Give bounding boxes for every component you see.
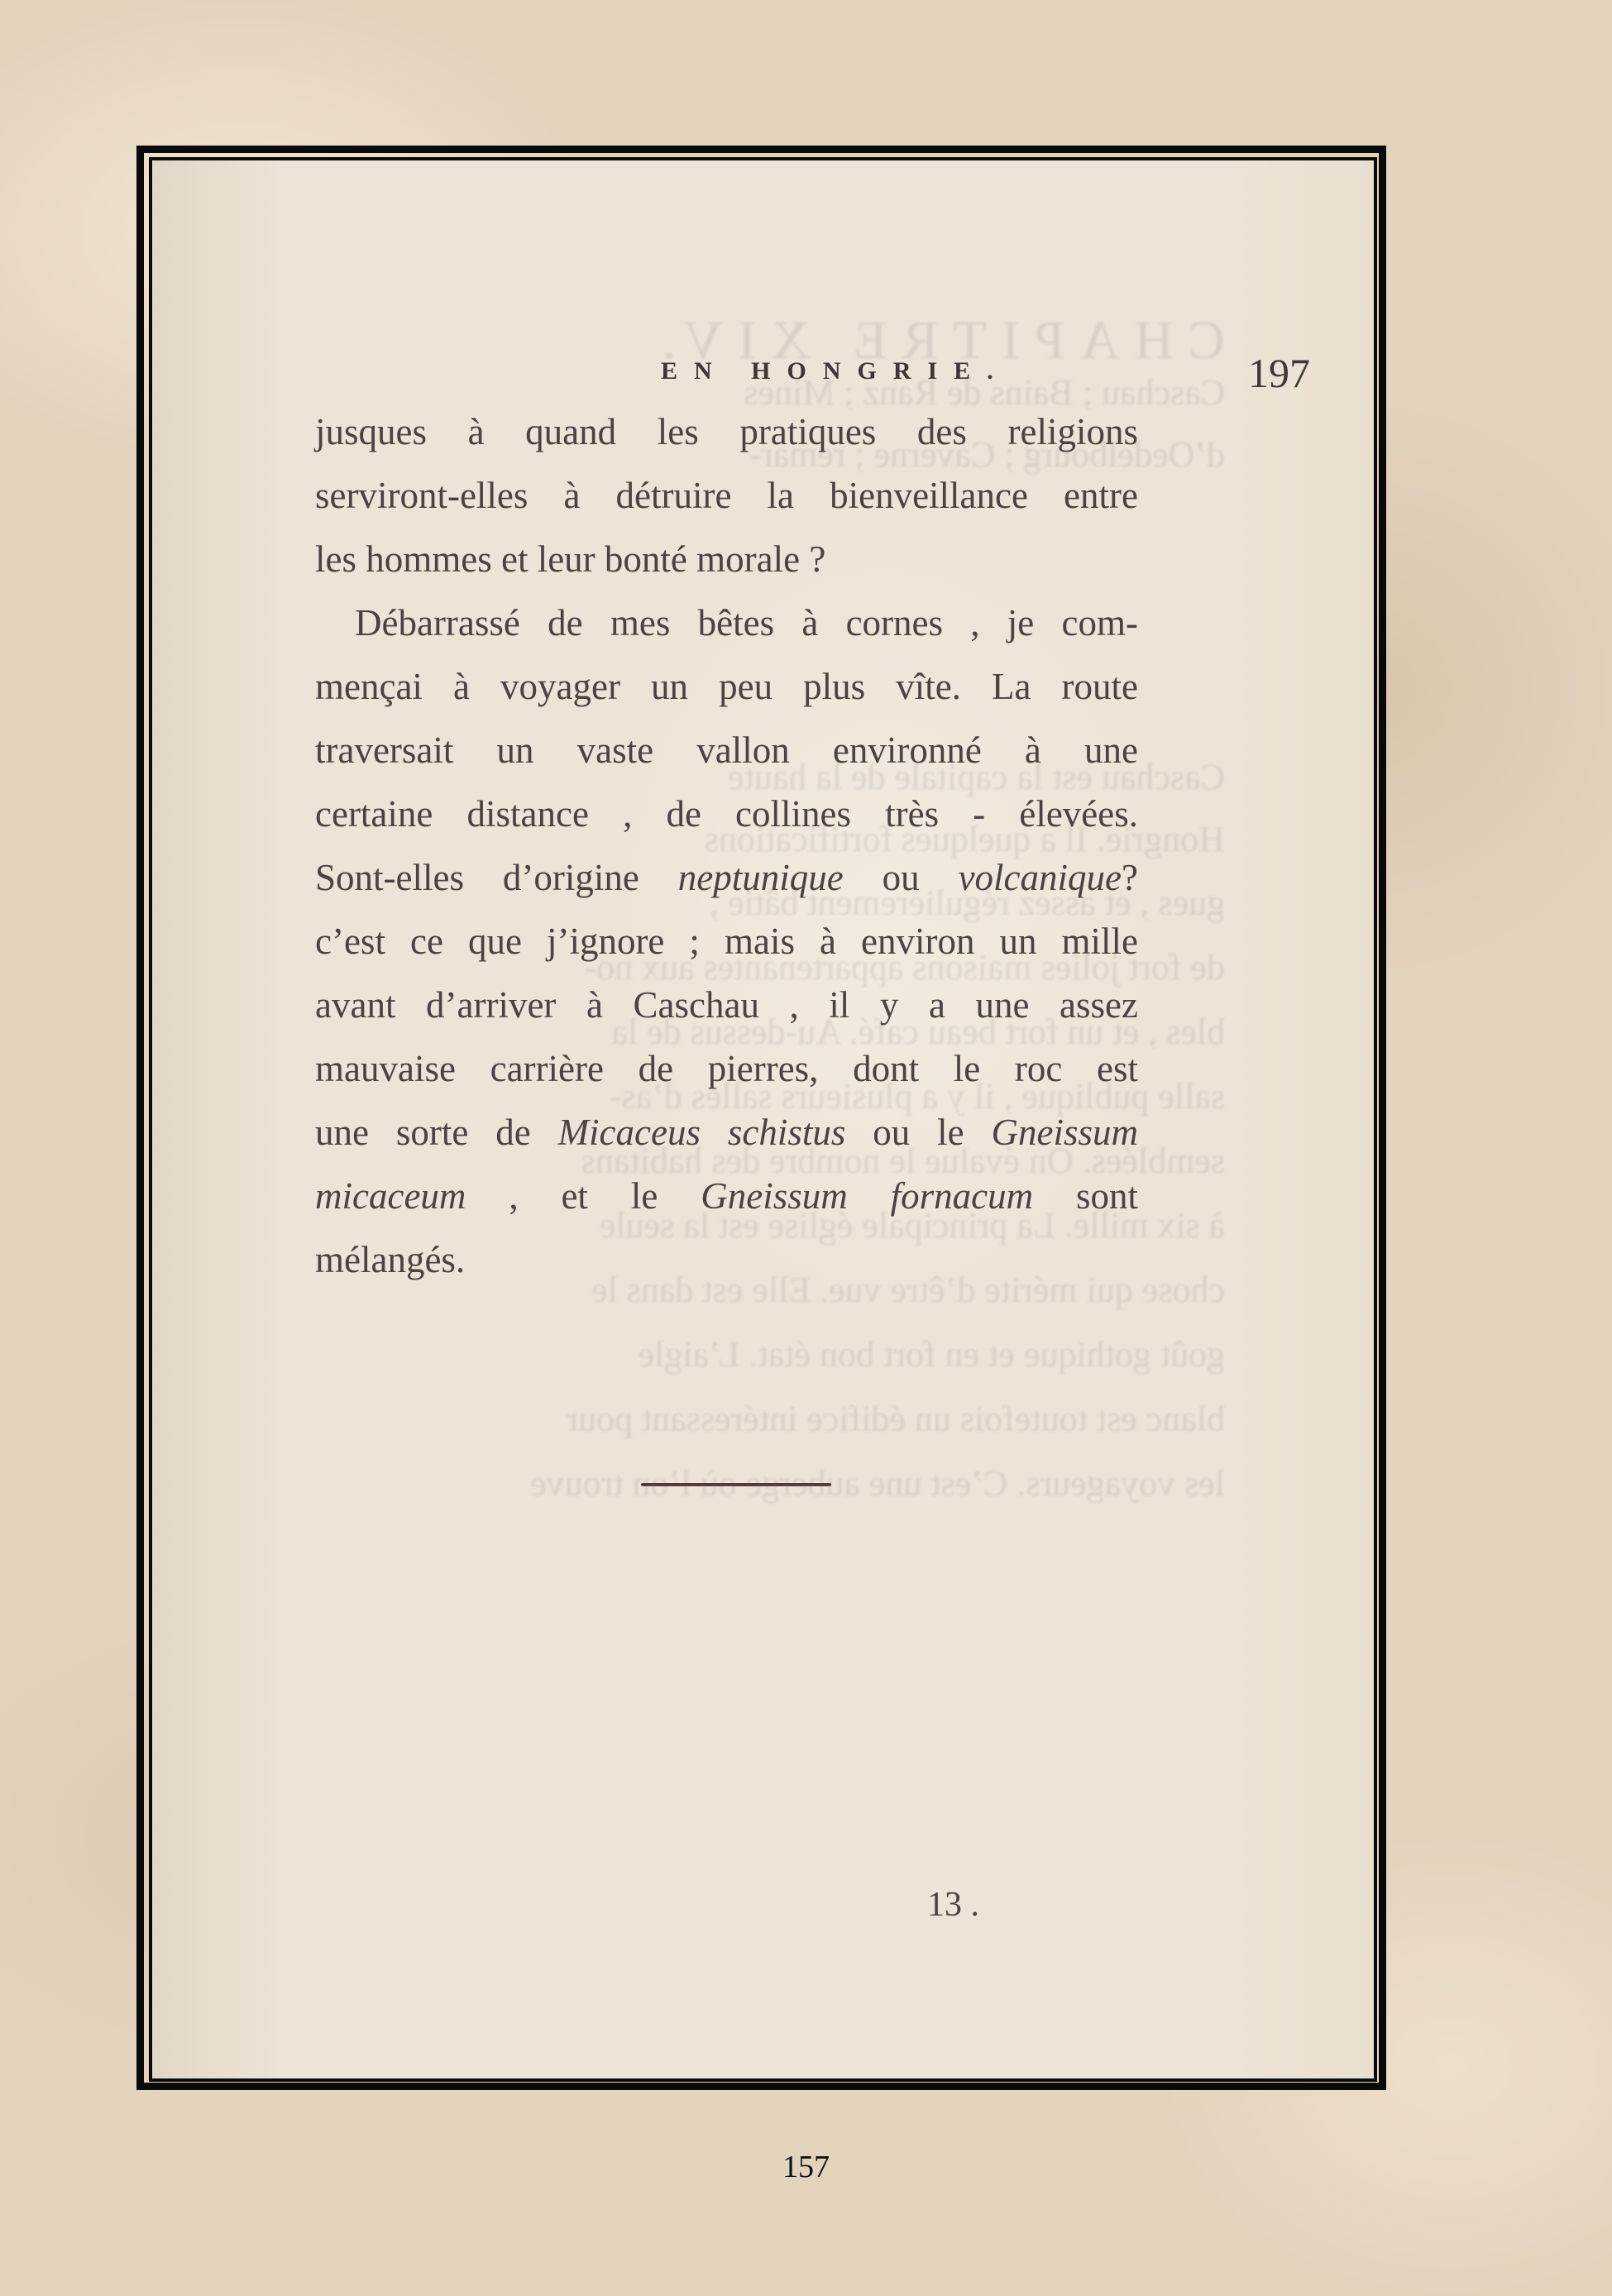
text-line: certaine distance , de collines très - é…	[315, 782, 1138, 846]
text-line-with-italics: micaceum , et le Gneissum fornacum sont	[315, 1165, 1138, 1228]
paragraph-2: Débarrassé de mes bêtes à cornes , je co…	[315, 591, 1138, 1292]
text-run: sont	[1033, 1175, 1138, 1217]
text-run: une sorte de	[315, 1112, 558, 1153]
running-head-title: EN HONGRIE.	[661, 357, 1010, 385]
section-end-rule	[641, 1483, 831, 1486]
book-page: EN HONGRIE. 197 jusques à quand les prat…	[152, 160, 1374, 2078]
italic-term: Micaceus schistus	[558, 1112, 846, 1153]
text-line: mauvaise carrière de pierres, dont le ro…	[315, 1037, 1138, 1101]
signature-mark: 13 .	[927, 1885, 979, 1925]
italic-term: neptunique	[678, 857, 844, 898]
text-run: ?	[1122, 857, 1138, 898]
text-line: traversait un vaste vallon environné à u…	[315, 719, 1138, 782]
text-line: jusques à quand les pratiques des religi…	[315, 400, 1138, 464]
text-run: ou	[844, 857, 959, 898]
text-line: les hommes et leur bonté morale ?	[315, 528, 1138, 591]
paragraph-1: jusques à quand les pratiques des religi…	[315, 400, 1138, 591]
italic-term: volcanique	[959, 857, 1122, 898]
italic-term: Gneissum fornacum	[701, 1175, 1033, 1217]
text-run: , et le	[466, 1175, 701, 1217]
text-line: mençai à voyager un peu plus vîte. La ro…	[315, 655, 1138, 719]
text-line: avant d’arriver à Caschau , il y a une a…	[315, 973, 1138, 1037]
body-text: jusques à quand les pratiques des religi…	[315, 400, 1138, 1292]
text-line-with-italics: une sorte de Micaceus schistus ou le Gne…	[315, 1101, 1138, 1165]
scanned-page: CHAPITRE XIV. Caschau ; Bains de Ranz ; …	[149, 157, 1377, 2082]
italic-term: Gneissum	[992, 1112, 1139, 1153]
running-head: EN HONGRIE. 197	[313, 352, 1141, 402]
text-line: Débarrassé de mes bêtes à cornes , je co…	[315, 591, 1138, 655]
page-number: 157	[0, 2149, 1612, 2185]
text-line-with-italics: Sont-elles d’origine neptunique ou volca…	[315, 846, 1138, 910]
text-run: Sont-elles d’origine	[315, 857, 678, 898]
text-line: c’est ce que j’ignore ; mais à environ u…	[315, 910, 1138, 973]
text-line: serviront-elles à détruire la bienveilla…	[315, 464, 1138, 528]
book-folio-number: 197	[1248, 349, 1310, 397]
text-run: ou le	[845, 1112, 991, 1153]
italic-term: micaceum	[315, 1175, 466, 1217]
text-line: mélangés.	[315, 1228, 1138, 1292]
